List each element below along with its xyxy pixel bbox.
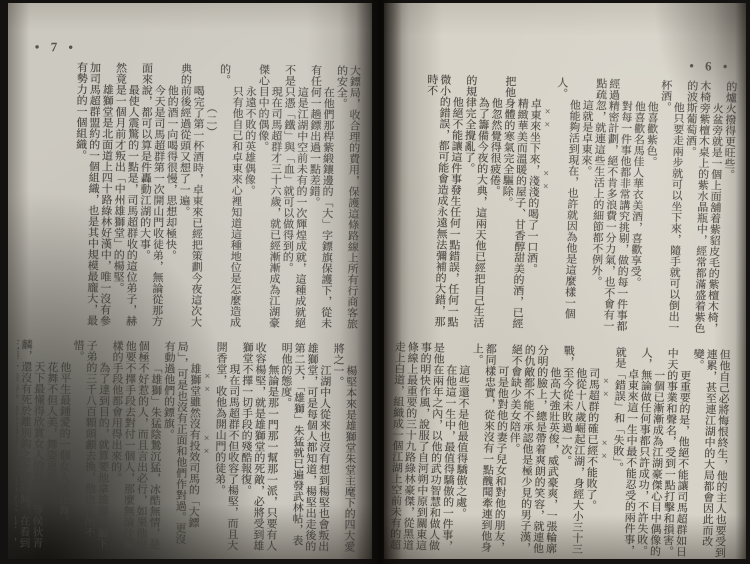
- page-7: • 7 • 大鏢局，收合理的費用，保護這條路線上所有行商客旅的安全。在他們那桿紫…: [8, 3, 372, 559]
- paragraph: 對每一件事他都非常講究挑剔，做的每一件事都經過精密計劃，絕不肯多浪費一分力氣，也…: [588, 78, 633, 335]
- page-7-upper-text-band: 大鏢局，收合理的費用，保護這條路線上所有行商客旅的安全。在他們那桿紫緞鑲邊的「大…: [17, 61, 360, 331]
- paragraph: 江湖中人從來也沒有想到楊堅也會叛出雄獅堂，可是每個人都知道，楊堅出走後的第二天，…: [277, 342, 332, 557]
- paragraph: 但他自己必將悔恨終生，他的主人也要受到連累，甚至連江湖中的大局都會因此而改變。: [686, 348, 730, 559]
- scanned-book-spread: { "colors":{ "bg":"#141210", "paper-left…: [0, 0, 750, 564]
- section-break-marks: ×× ××: [199, 341, 215, 555]
- paragraph: 卓東來這一生中最不能忍受的兩件事，就是「錯誤」和「失敗」。: [608, 346, 639, 557]
- paragraph: 雄獅堂是北面道上四十路綠林好漢中，唯一沒有參加司馬超群盟約的一個組織，也是其中規…: [71, 62, 113, 328]
- page-number-left: • 7 •: [35, 39, 77, 56]
- paragraph: 無論是那一門那一幫那一派，只要有人收容楊堅，就是雄獅堂的死敵，必將受到雄獅堂不擇…: [238, 342, 280, 556]
- paragraph: 他高大強壯英俊，威武豪爽，一張輪廓分明的臉上，總是帶着爽朗的笑容，就連他的仇敵都…: [504, 344, 561, 555]
- paragraph: 為了達到目的，就算要他拿雄獅堂屬下子弟的三千八百顆頭顱去換，他也在所不惜。: [69, 340, 111, 554]
- paragraph: 雄獅堂雖然沒有投效司馬的「大鏢局」，可是也沒有正面和他們作對過。更沒有動過他們的…: [160, 341, 202, 555]
- paragraph: 天下最懂得欣賞女人的世襲一等侯狄青麟，還沒有死於離別鈎之下的時候，在看到花舞一舞…: [15, 339, 46, 553]
- paragraph: 「雄獅」朱猛陰鷙沉猛，冰酷無情，是個極不好惹的人，而且言出必行，如果他說他要不擇…: [108, 340, 163, 555]
- paragraph: 最使人震驚的一點是，司馬超群收的這位弟子，赫然竟是一個月前才叛出「中州雄獅堂」的…: [110, 62, 139, 328]
- paragraph: 只有他自己和卓東來心裡知道這種地位是怎麼造成的。: [214, 63, 243, 329]
- page-6: • 6 • 的爐火撥得更旺些。火盆旁就是一個上面舖着紫貂皮毛的紫檀木椅，木椅旁紫…: [384, 3, 746, 559]
- paragraph: 楊堅本來是雄獅堂朱堂主麾下的四大愛將之一。: [329, 343, 358, 557]
- page-number-right: • 6 •: [689, 58, 731, 75]
- paragraph: 在他們那桿紫緞鑲邊的「大」字鏢旗保護下，從未有任何一趟鏢出過一點差錯。: [305, 64, 334, 330]
- paragraph: 他從十八歲崛起江湖，身經大小三十三戰，至今從未敗過一次。: [556, 345, 587, 556]
- paragraph: 更重要的是，他絕不能讓司馬超群如日中天的事業和聲名，受到一點打擊和損害。: [660, 347, 691, 558]
- page-6-content: • 6 • 的爐火撥得更旺些。火盆旁就是一個上面舖着紫貂皮毛的紫檀木椅，木椅旁紫…: [384, 3, 746, 559]
- paragraph: 現在司馬超群不但收容了楊堅，而且大開香堂，收他為開山門的徒弟。: [212, 341, 241, 555]
- paragraph: 在他這一生中，最值得驕傲的一件事，是他在兩年之內，以他的武功智慧和做人做事的明快…: [387, 341, 457, 553]
- paragraph: 火盆旁就是一個上面舖着紫貂皮毛的紫檀木椅，木椅旁紫檀木桌上的紫水晶瓶中，經常都滿…: [679, 80, 724, 337]
- paragraph: 他絕不能讓這件事發生任何一點錯誤，任何一點微小的錯誤，都可能會造成永遠無法彌補的…: [419, 74, 464, 331]
- paragraph: 這是江湖中空前未有的一次輝煌成就，這種成就絕不是只憑「鐵」與「血」就可以做得到的…: [279, 64, 308, 330]
- page-7-lower-text-band: 楊堅本來是雄獅堂朱堂主麾下的四大愛將之一。江湖中人從來也沒有想到楊堅也會叛出雄獅…: [15, 339, 358, 557]
- paragraph: 一個已漸漸成為江湖豪傑心目中偶像的人，無論做任何事都只許成功，不許失敗。: [634, 347, 665, 558]
- paragraph: 今天是司馬超群第一次開山門收徒弟，無論從那方面來說，都可以算是件轟動江湖的大事。: [136, 62, 165, 328]
- paragraph: 他平生最鍾愛的一個女人叫花舞。: [56, 339, 72, 553]
- page-7-content: • 7 • 大鏢局，收合理的費用，保護這條路線上所有行商客旅的安全。在他們那桿紫…: [8, 3, 372, 559]
- paragraph: 現在司馬超群才三十六歲，就已經漸漸成為江湖豪傑心目中的偶像。: [253, 64, 282, 330]
- paragraph: 喝完了第一杯酒時，卓東來已經把策劃今夜這次大典的前後經過從頭又想了一遍。: [175, 63, 204, 329]
- paragraph: 大鏢局，收合理的費用，保護這條路線上所有行商客旅的安全。: [331, 65, 360, 331]
- page-6-upper-text-band: 的爐火撥得更旺些。火盆旁就是一個上面舖着紫貂皮毛的紫檀木椅，木椅旁紫檀木桌上的紫…: [393, 73, 737, 337]
- page-6-lower-text-band: 但他自己必將悔恨終生，他的主人也要受到連累，甚至連江湖中的大局都會因此而改變。更…: [387, 341, 730, 559]
- paragraph: 可是他對他的妻子兒女和對他的朋友，都同樣忠實，從來沒有一點醜聞牽連到他身上。: [465, 343, 509, 554]
- book-spread: • 7 • 大鏢局，收合理的費用，保護這條路線上所有行商客旅的安全。在他們那桿紫…: [0, 0, 750, 564]
